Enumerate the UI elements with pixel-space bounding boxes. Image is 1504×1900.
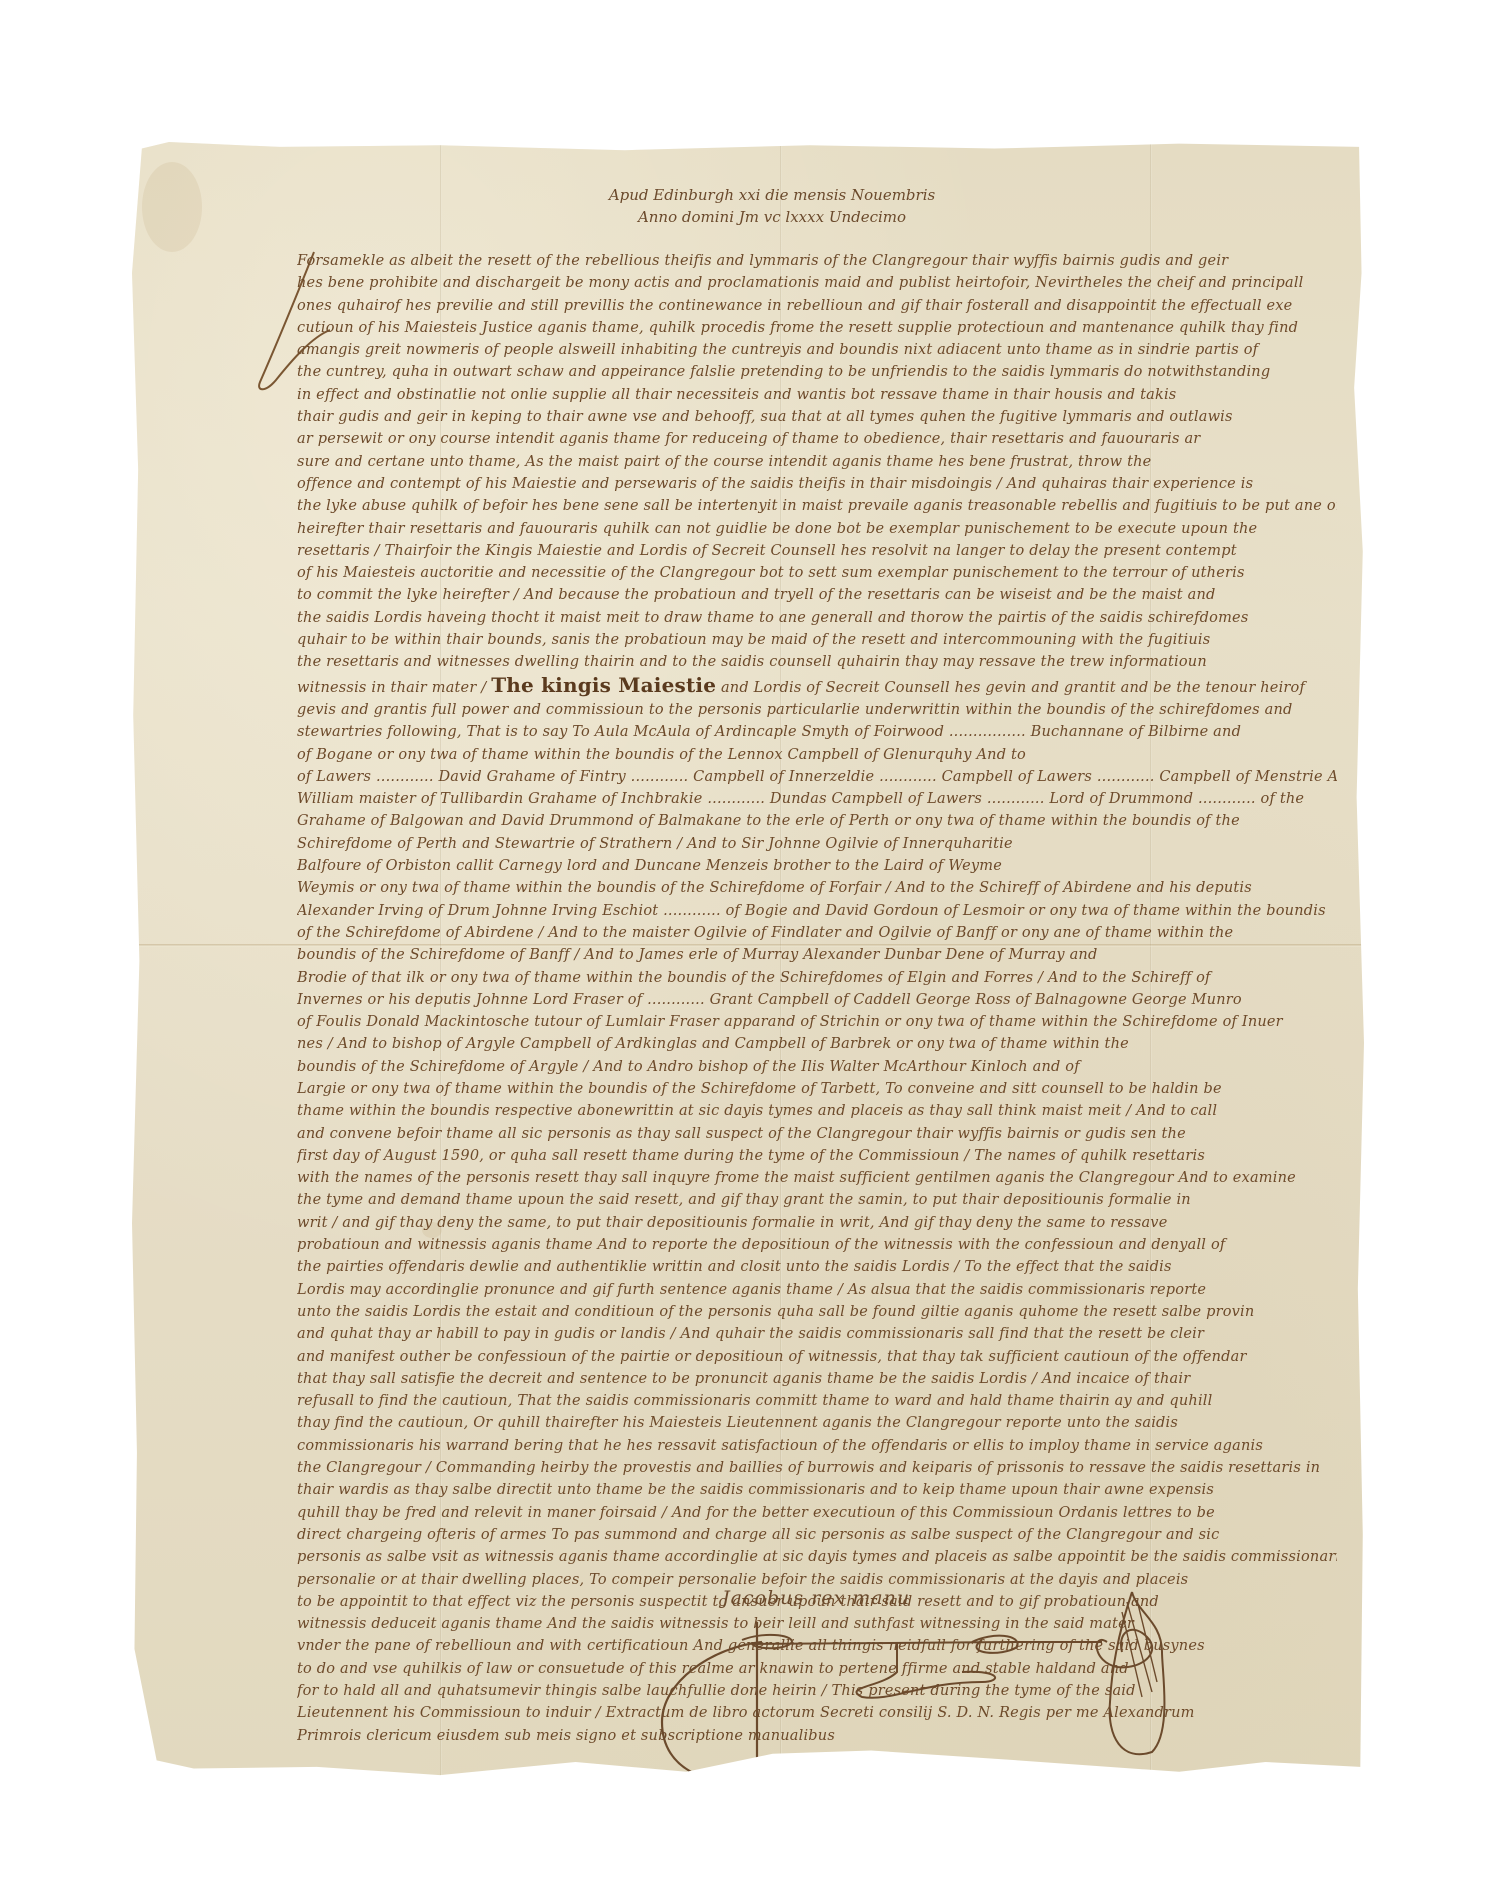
- manuscript-line: nes / And to bishop of Argyle Campbell o…: [297, 1033, 1337, 1055]
- manuscript-line: heirefter thair resettaris and fauourari…: [297, 518, 1337, 540]
- manuscript-line: Lordis may accordinglie pronunce and gif…: [297, 1279, 1337, 1301]
- manuscript-line: thair gudis and geir in keping to thair …: [297, 406, 1337, 428]
- manuscript-line: that thay sall satisfie the decreit and …: [297, 1368, 1337, 1390]
- manuscript-line: Forsamekle as albeit the resett of the r…: [297, 250, 1337, 272]
- manuscript-line: of Foulis Donald Mackintosche tutour of …: [297, 1011, 1337, 1033]
- manuscript-line: resettaris / Thairfoir the Kingis Maiest…: [297, 540, 1337, 562]
- manuscript-line: quhair to be within thair bounds, sanis …: [297, 629, 1337, 651]
- manuscript-line: thame within the boundis respective abon…: [297, 1100, 1337, 1122]
- manuscript-line: probatioun and witnessis aganis thame An…: [297, 1234, 1337, 1256]
- manuscript-line: offence and contempt of his Maiestie and…: [297, 473, 1337, 495]
- manuscript-line: in effect and obstinatlie not onlie supp…: [297, 384, 1337, 406]
- manuscript-line: witnessis in thair mater / The kingis Ma…: [297, 674, 1337, 699]
- manuscript-line: refusall to find the cautioun, That the …: [297, 1390, 1337, 1412]
- manuscript-line: direct chargeing ofteris of armes To pas…: [297, 1524, 1337, 1546]
- manuscript-line: and quhat thay ar habill to pay in gudis…: [297, 1323, 1337, 1345]
- manuscript-line: with the names of the personis resett th…: [297, 1167, 1337, 1189]
- signature-text: Jacobus rex manu: [722, 1587, 910, 1609]
- manuscript-line: quhill thay be fred and relevit in maner…: [297, 1502, 1337, 1524]
- manuscript-line: Largie or ony twa of thame within the bo…: [297, 1078, 1337, 1100]
- manuscript-line: the Clangregour / Commanding heirby the …: [297, 1457, 1337, 1479]
- manuscript-line: boundis of the Schirefdome of Argyle / A…: [297, 1056, 1337, 1078]
- manuscript-line: thair wardis as thay salbe directit unto…: [297, 1479, 1337, 1501]
- manuscript-line: writ / and gif thay deny the same, to pu…: [297, 1212, 1337, 1234]
- prominent-phrase: The kingis Maiestie: [491, 674, 716, 697]
- manuscript-line: the resettaris and witnesses dwelling th…: [297, 651, 1337, 673]
- manuscript-line: hes bene prohibite and dischargeit be mo…: [297, 272, 1337, 294]
- manuscript-line: the lyke abuse quhilk of befoir hes bene…: [297, 495, 1337, 517]
- manuscript-line: Brodie of that ilk or ony twa of thame w…: [297, 967, 1337, 989]
- manuscript-line: sure and certane unto thame, As the mais…: [297, 451, 1337, 473]
- manuscript-line: ones quhairof hes previlie and still pre…: [297, 295, 1337, 317]
- manuscript-line: and manifest outher be confessioun of th…: [297, 1346, 1337, 1368]
- manuscript-line: unto the saidis Lordis the estait and co…: [297, 1301, 1337, 1323]
- manuscript-line: and convene befoir thame all sic personi…: [297, 1123, 1337, 1145]
- document-heading: Apud Edinburgh xxi die mensis Nouembris …: [522, 184, 1022, 228]
- manuscript-line: of Lawers ............ David Grahame of …: [297, 766, 1337, 788]
- manuscript-line: Invernes or his deputis Johnne Lord Fras…: [297, 989, 1337, 1011]
- manuscript-line: boundis of the Schirefdome of Banff / An…: [297, 944, 1337, 966]
- manuscript-line: Alexander Irving of Drum Johnne Irving E…: [297, 900, 1337, 922]
- manuscript-sheet: Apud Edinburgh xxi die mensis Nouembris …: [132, 142, 1364, 1780]
- manuscript-line: of his Maiesteis auctoritie and necessit…: [297, 562, 1337, 584]
- manuscript-line: the pairties offendaris dewlie and authe…: [297, 1256, 1337, 1278]
- manuscript-line: the saidis Lordis haveing thocht it mais…: [297, 607, 1337, 629]
- manuscript-line: the cuntrey, quha in outwart schaw and a…: [297, 361, 1337, 383]
- manuscript-line: amangis greit nowmeris of people alsweil…: [297, 339, 1337, 361]
- manuscript-line: of the Schirefdome of Abirdene / And to …: [297, 922, 1337, 944]
- manuscript-line: to commit the lyke heirefter / And becau…: [297, 584, 1337, 606]
- manuscript-line: stewartries following, That is to say To…: [297, 721, 1337, 743]
- manuscript-line: Grahame of Balgowan and David Drummond o…: [297, 810, 1337, 832]
- manuscript-line: thay find the cautioun, Or quhill thaire…: [297, 1412, 1337, 1434]
- heading-line-1: Apud Edinburgh xxi die mensis Nouembris: [522, 184, 1022, 206]
- royal-signature-flourish-icon: [562, 1562, 1262, 1802]
- paper-stain: [142, 162, 202, 252]
- manuscript-line: first day of August 1590, or quha sall r…: [297, 1145, 1337, 1167]
- heading-line-2: Anno domini Jm vc lxxxx Undecimo: [522, 206, 1022, 228]
- manuscript-line: Schirefdome of Perth and Stewartrie of S…: [297, 833, 1337, 855]
- manuscript-line: William maister of Tullibardin Grahame o…: [297, 788, 1337, 810]
- manuscript-line: gevis and grantis full power and commiss…: [297, 699, 1337, 721]
- manuscript-line: ar persewit or ony course intendit agani…: [297, 428, 1337, 450]
- manuscript-line: Weymis or ony twa of thame within the bo…: [297, 877, 1337, 899]
- manuscript-line: Balfoure of Orbiston callit Carnegy lord…: [297, 855, 1337, 877]
- document-body: Forsamekle as albeit the resett of the r…: [297, 250, 1337, 1747]
- manuscript-line: the tyme and demand thame upoun the said…: [297, 1189, 1337, 1211]
- manuscript-line: of Bogane or ony twa of thame within the…: [297, 744, 1337, 766]
- manuscript-line: cutioun of his Maiesteis Justice aganis …: [297, 317, 1337, 339]
- manuscript-line: commissionaris his warrand bering that h…: [297, 1435, 1337, 1457]
